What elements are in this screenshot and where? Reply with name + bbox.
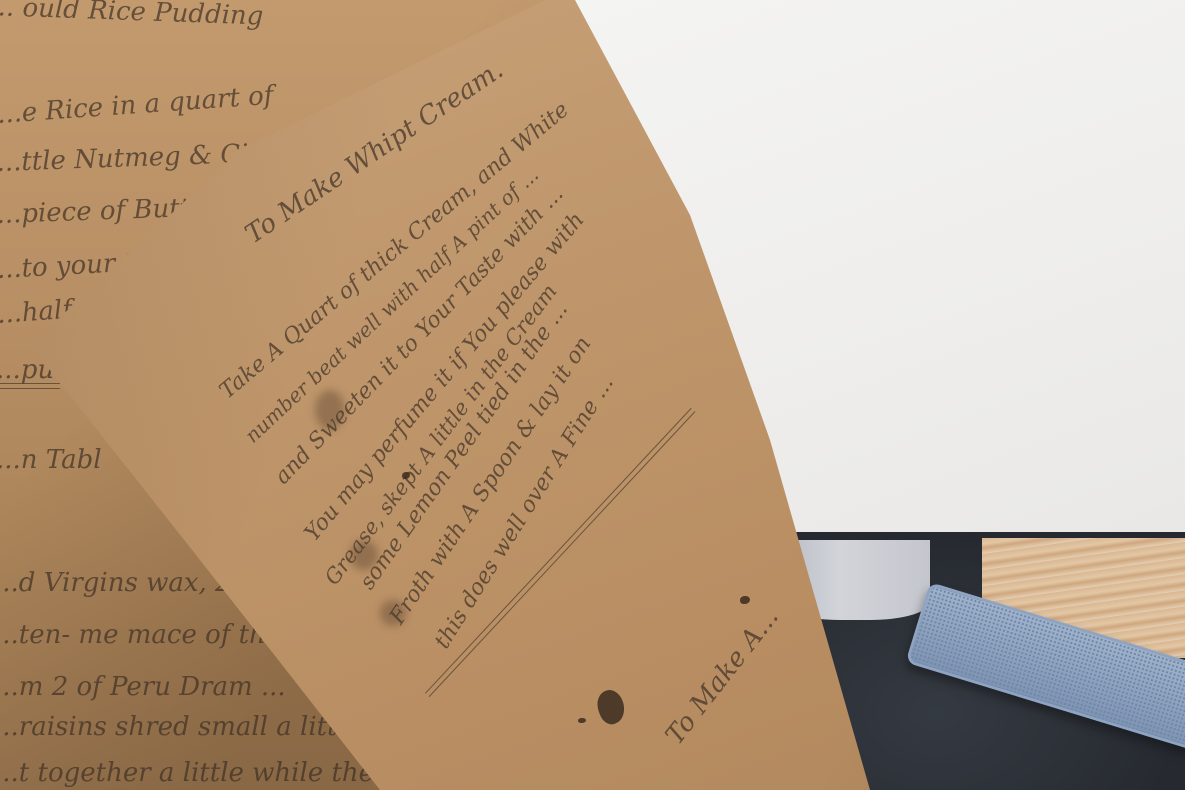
photo-scene: ... ould Rice Pudding ...e Rice in a qua…	[0, 0, 1185, 790]
manuscript-line: ...n Tabl	[0, 445, 102, 475]
double-rule	[0, 383, 60, 389]
manuscript-line: ...m 2 of Peru Dram ...	[0, 672, 286, 702]
